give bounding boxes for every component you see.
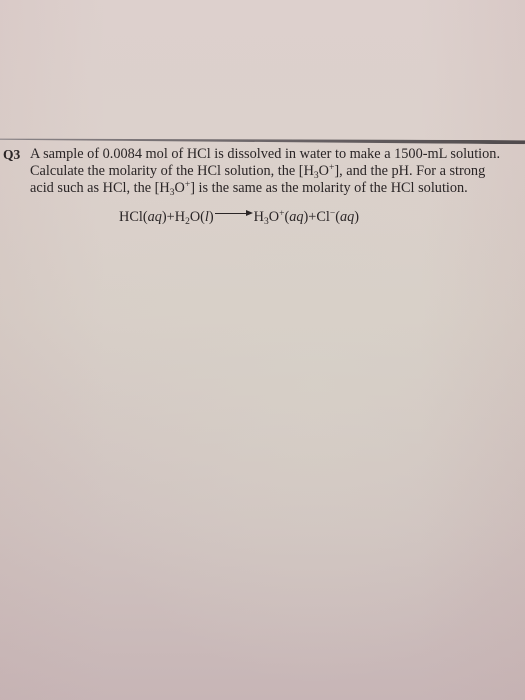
formula: HCl — [119, 209, 143, 225]
state: aq — [148, 209, 162, 225]
state: l — [205, 209, 209, 225]
product-chloride: Cl−(aq) — [316, 209, 359, 225]
product-hydronium: H3O+(aq) — [254, 209, 309, 225]
question-text: A sample of 0.0084 mol of HCl is dissolv… — [30, 146, 523, 197]
formula: O — [269, 209, 279, 225]
text-fragment: ] is the same as the molarity of the HCl… — [190, 180, 468, 196]
plus-sign: + — [167, 209, 175, 225]
text-fragment: ], and the pH. For a strong — [334, 163, 485, 179]
formula: H — [175, 209, 185, 225]
question-line-3: acid such as HCl, the [H3O+] is the same… — [30, 180, 523, 197]
section-divider — [0, 137, 525, 144]
formula: H — [254, 209, 264, 225]
formula: Cl — [316, 209, 330, 225]
text-fragment: O — [175, 180, 185, 196]
text-fragment: Calculate the molarity of the HCl soluti… — [30, 163, 314, 179]
reactant-water: H2O(l) — [175, 209, 214, 225]
question-block: Q3 A sample of 0.0084 mol of HCl is diss… — [3, 146, 523, 197]
text-fragment: O — [319, 163, 329, 179]
question-line-1: A sample of 0.0084 mol of HCl is dissolv… — [30, 146, 523, 163]
state: aq — [289, 209, 303, 225]
charge: − — [330, 209, 335, 219]
paper-shading — [0, 0, 525, 700]
reactant-hcl: HCl(aq) — [119, 209, 167, 225]
chemical-equation: HCl(aq)+H2O(l)H3O+(aq)+Cl−(aq) — [119, 208, 359, 226]
question-number: Q3 — [3, 146, 20, 163]
reaction-arrow-icon — [215, 209, 253, 219]
formula: O — [190, 209, 200, 225]
question-line-2: Calculate the molarity of the HCl soluti… — [30, 163, 523, 180]
state: aq — [340, 209, 354, 225]
text-fragment: acid such as HCl, the [H — [30, 180, 170, 196]
charge: + — [279, 209, 284, 219]
